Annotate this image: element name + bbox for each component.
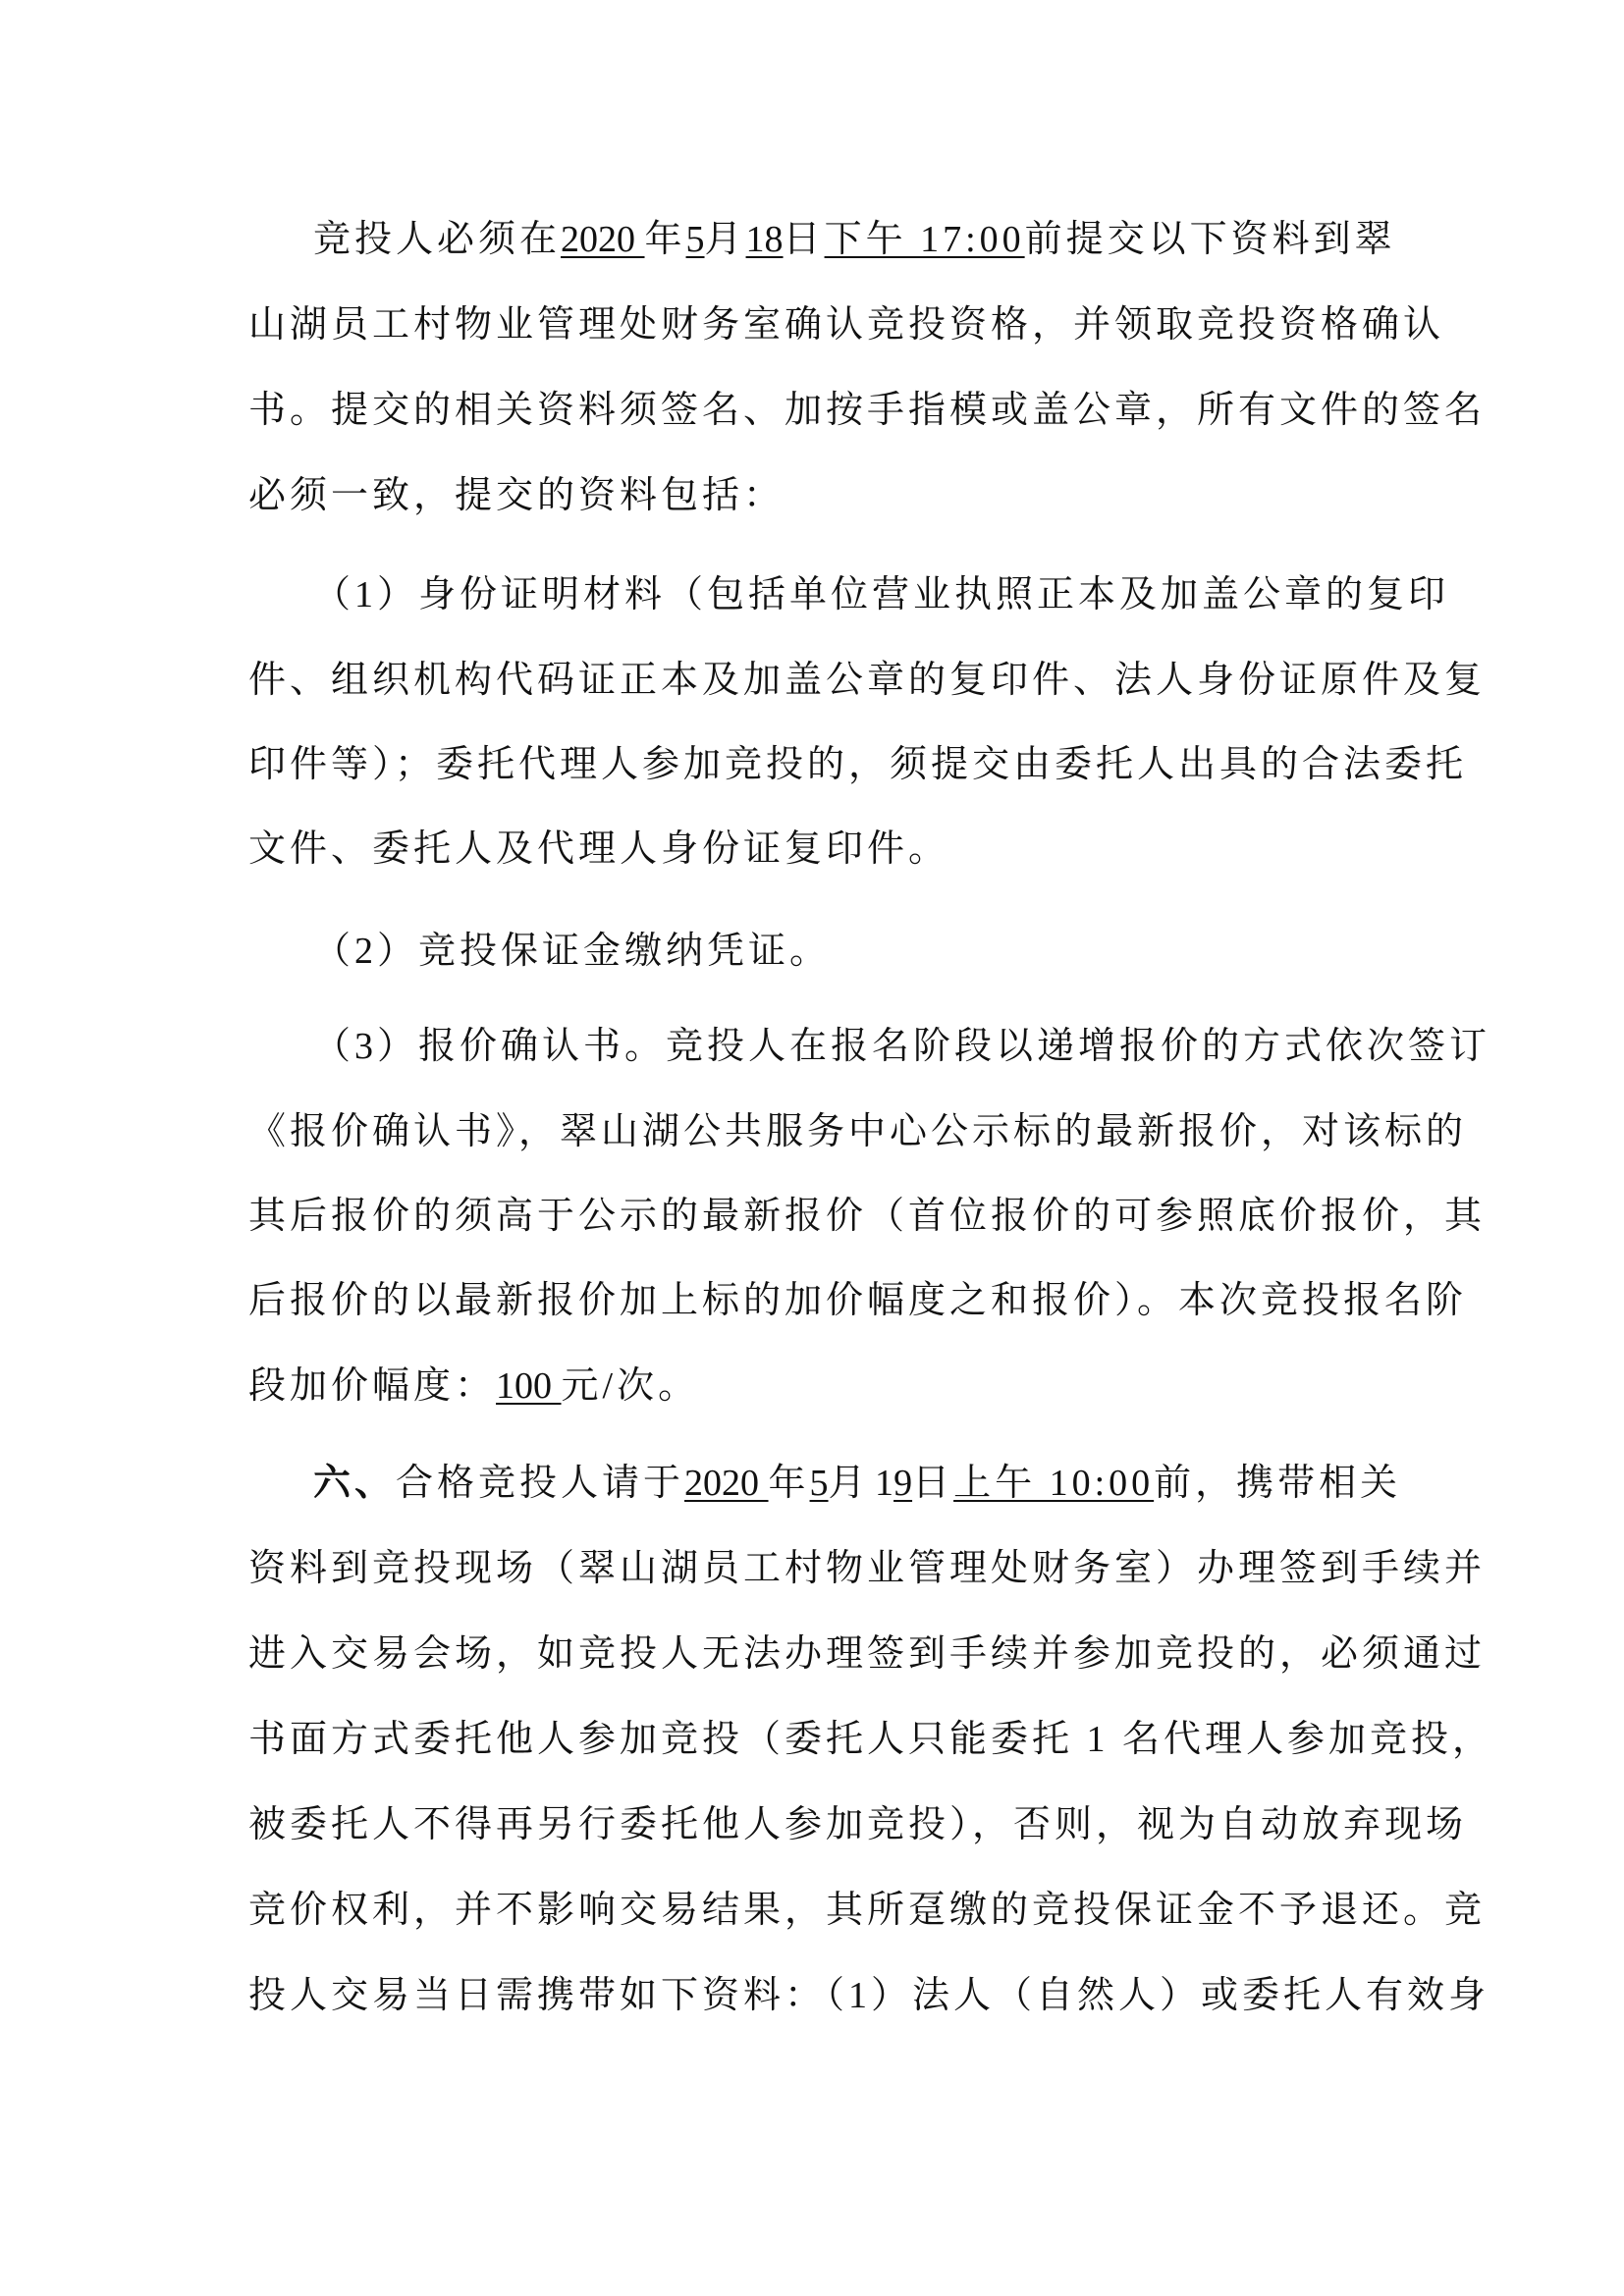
deadline-time: 下午 17:00 xyxy=(825,219,1025,260)
deadline-year: 2020 xyxy=(561,219,645,260)
item-3-line-1: （3）报价确认书。竞投人在报名阶段以递增报价的方式依次签订 xyxy=(313,1025,1433,1068)
paragraph-deadline-line-3: 书。提交的相关资料须签名、加按手指模或盖公章，所有文件的签名 xyxy=(248,389,1368,432)
item-1-line-2: 件、组织机构代码证正本及加盖公章的复印件、法人身份证原件及复 xyxy=(248,659,1368,702)
signin-time: 上午 10:00 xyxy=(953,1463,1154,1504)
item-1-line-3: 印件等）；委托代理人参加竞投的，须提交由委托人出具的合法委托 xyxy=(248,743,1368,786)
item-3-line-4: 后报价的以最新报价加上标的加价幅度之和报价）。本次竞投报名阶 xyxy=(248,1279,1368,1322)
item-2-line-1: （2）竞投保证金缴纳凭证。 xyxy=(313,930,1433,973)
text-segment: 月 xyxy=(705,219,746,260)
item-1-line-4: 文件、委托人及代理人身份证复印件。 xyxy=(248,828,1368,871)
deadline-day: 18 xyxy=(746,219,784,260)
item-3-line-5: 段加价幅度：100 元/次。 xyxy=(248,1364,1368,1408)
text-segment: 日 xyxy=(912,1463,953,1504)
signin-month: 5 xyxy=(810,1463,829,1504)
section-6-line-7: 投人交易当日需携带如下资料：（1）法人（自然人）或委托人有效身 xyxy=(248,1974,1368,2017)
section-6-line-6: 竞价权利，并不影响交易结果，其所趸缴的竞投保证金不予退还。竞 xyxy=(248,1889,1368,1932)
signin-year: 2020 xyxy=(684,1463,769,1504)
section-6-line-1: 六、合格竞投人请于2020 年5月 19日上午 10:00前，携带相关 xyxy=(313,1462,1433,1505)
document-page: 竞投人必须在2020 年5月18日下午 17:00前提交以下资料到翠 山湖员工村… xyxy=(0,0,1624,2296)
item-3-line-3: 其后报价的须高于公示的最新报价（首位报价的可参照底价报价，其 xyxy=(248,1195,1368,1238)
section-6-line-2: 资料到竞投现场（翠山湖员工村物业管理处财务室）办理签到手续并 xyxy=(248,1547,1368,1590)
section-6-line-4: 书面方式委托他人参加竞投（委托人只能委托 1 名代理人参加竞投， xyxy=(248,1718,1368,1761)
paragraph-deadline-line-1: 竞投人必须在2020 年5月18日下午 17:00前提交以下资料到翠 xyxy=(313,218,1433,261)
section-6-line-5: 被委托人不得再另行委托他人参加竞投），否则，视为自动放弃现场 xyxy=(248,1803,1368,1846)
text-segment: 月 1 xyxy=(829,1463,894,1504)
text-segment: 合格竞投人请于 xyxy=(396,1463,684,1504)
item-3-line-2: 《报价确认书》，翠山湖公共服务中心公示标的最新报价，对该标的 xyxy=(248,1110,1368,1153)
price-increment-value: 100 xyxy=(496,1365,562,1407)
text-segment: 段加价幅度： xyxy=(248,1365,496,1407)
item-1-line-1: （1）身份证明材料（包括单位营业执照正本及加盖公章的复印 xyxy=(313,573,1433,616)
text-segment: 元/次。 xyxy=(562,1365,700,1407)
paragraph-deadline-line-4: 必须一致，提交的资料包括： xyxy=(248,474,1368,517)
section-6-heading-number: 六、 xyxy=(313,1463,396,1504)
signin-day-digit: 9 xyxy=(893,1463,912,1504)
deadline-month: 5 xyxy=(686,219,705,260)
text-segment: 竞投人必须在 xyxy=(313,219,561,260)
text-segment: 年 xyxy=(769,1463,810,1504)
text-segment: 日 xyxy=(784,219,825,260)
text-segment: 年 xyxy=(645,219,686,260)
section-6-line-3: 进入交易会场，如竞投人无法办理签到手续并参加竞投的，必须通过 xyxy=(248,1632,1368,1676)
text-segment: 前提交以下资料到翠 xyxy=(1025,219,1396,260)
paragraph-deadline-line-2: 山湖员工村物业管理处财务室确认竞投资格，并领取竞投资格确认 xyxy=(248,303,1368,347)
text-segment: 前，携带相关 xyxy=(1154,1463,1401,1504)
